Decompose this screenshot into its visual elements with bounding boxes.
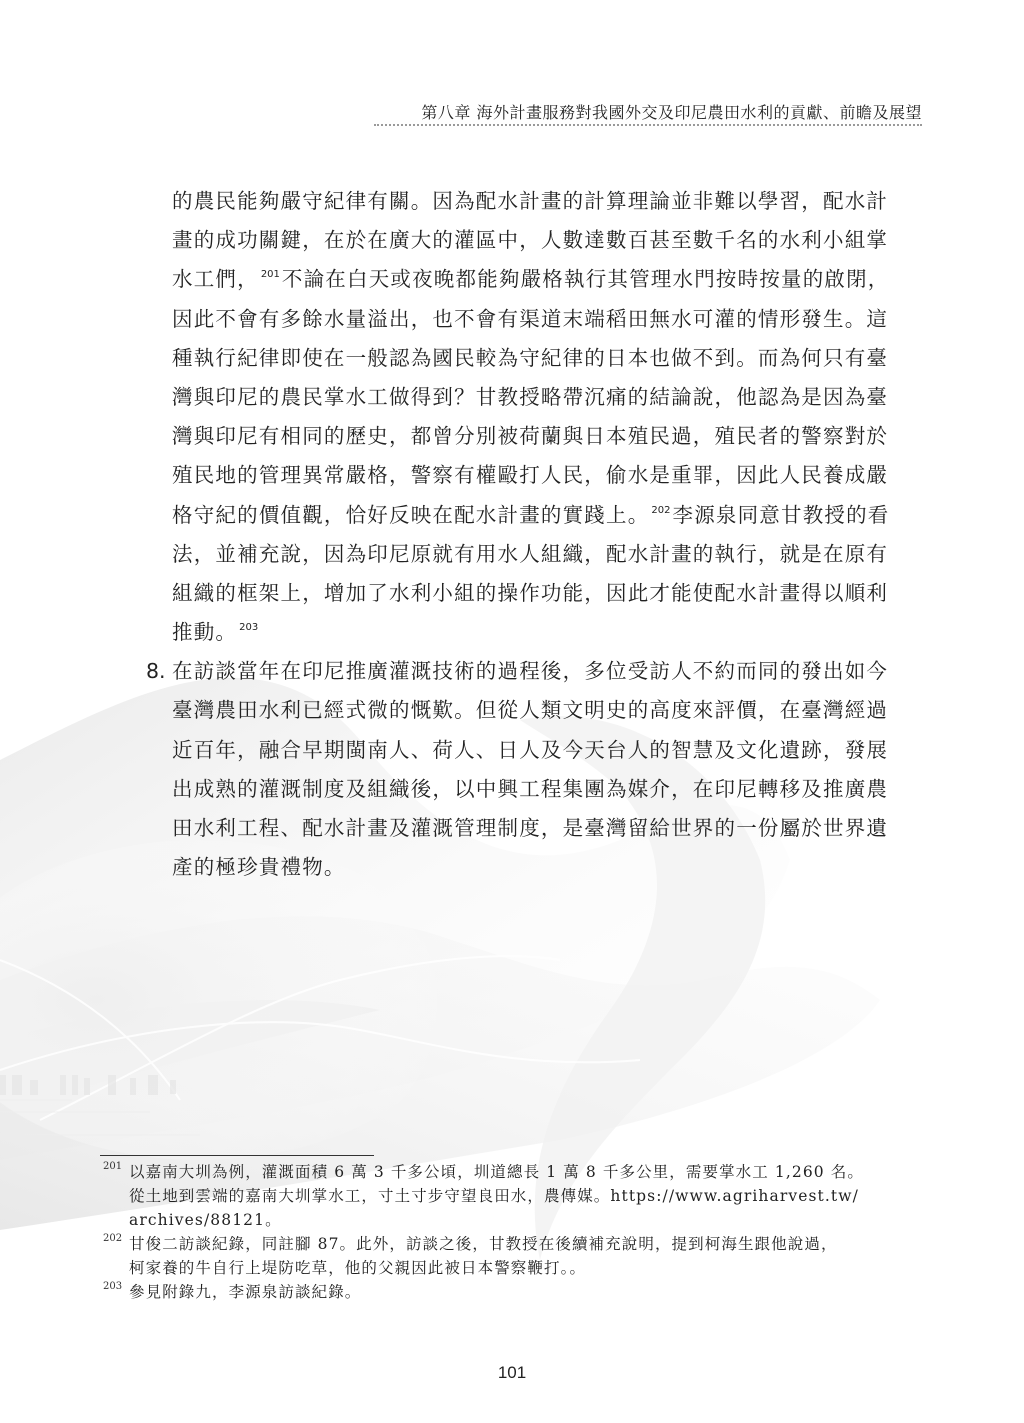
text-line: 產的極珍貴禮物。 [172,848,922,887]
text-line: 在訪談當年在印尼推廣灌溉技術的過程後，多位受訪人不約而同的發出如今 [172,652,922,691]
text-line: 田水利工程、配水計畫及灌溉管理制度，是臺灣留給世界的一份屬於世界遺 [172,809,922,848]
list-item-8: 8. 在訪談當年在印尼推廣灌溉技術的過程後，多位受訪人不約而同的發出如今 臺灣農… [172,652,922,887]
footnote-line: 以嘉南大圳為例，灌溉面積 6 萬 3 千多公頃，圳道總長 1 萬 8 千多公里，… [129,1160,930,1184]
text-line: 畫的成功關鍵，在於在廣大的灌區中，人數達數百甚至數千名的水利小組掌 [172,221,922,260]
list-item-number: 8. [146,652,166,691]
footnote-number: 201 [103,1155,122,1179]
footnote-ref-203[interactable]: 203 [239,622,258,633]
text-line: 格守紀的價值觀，恰好反映在配水計畫的實踐上。202李源泉同意甘教授的看 [172,496,922,535]
running-header-chapter-title: 第八章 海外計畫服務對我國外交及印尼農田水利的貢獻、前瞻及展望 [374,100,922,123]
footnote-line: 甘俊二訪談紀錄，同註腳 87。此外，訪談之後，甘教授在後續補充說明，提到柯海生跟… [129,1232,930,1256]
text-line: 臺灣農田水利已經式微的慨歎。但從人類文明史的高度來評價，在臺灣經過 [172,691,922,730]
text-line: 殖民地的管理異常嚴格，警察有權毆打人民，偷水是重罪，因此人民養成嚴 [172,456,922,495]
text-line: 灣與印尼有相同的歷史，都曾分別被荷蘭與日本殖民過，殖民者的警察對於 [172,417,922,456]
text-line: 近百年，融合早期閩南人、荷人、日人及今天台人的智慧及文化遺跡，發展 [172,731,922,770]
footnote-line: 參見附錄九，李源泉訪談紀錄。 [129,1280,930,1304]
page-number: 101 [0,1363,1024,1383]
header-dotted-rule [374,124,922,126]
text-line: 灣與印尼的農民掌水工做得到？甘教授略帶沉痛的結論說，他認為是因為臺 [172,378,922,417]
text-line: 的農民能夠嚴守紀律有關。因為配水計畫的計算理論並非難以學習，配水計 [172,182,922,221]
paragraph-continuation: 的農民能夠嚴守紀律有關。因為配水計畫的計算理論並非難以學習，配水計 畫的成功關鍵… [172,182,922,652]
footnotes-section: 201 以嘉南大圳為例，灌溉面積 6 萬 3 千多公頃，圳道總長 1 萬 8 千… [100,1160,930,1304]
text-line: 種執行紀律即使在一般認為國民較為守紀律的日本也做不到。而為何只有臺 [172,339,922,378]
footnote-202: 202 甘俊二訪談紀錄，同註腳 87。此外，訪談之後，甘教授在後續補充說明，提到… [100,1232,930,1280]
text-line: 法，並補充說，因為印尼原就有用水人組織，配水計畫的執行，就是在原有 [172,535,922,574]
footnote-ref-202[interactable]: 202 [651,505,670,516]
text-line: 組織的框架上，增加了水利小組的操作功能，因此才能使配水計畫得以順利 [172,574,922,613]
text-line: 推動。203 [172,613,922,652]
footnote-number: 203 [103,1275,122,1299]
footnote-line-with-link[interactable]: 從土地到雲端的嘉南大圳掌水工，寸土寸步守望良田水，農傳媒。https://www… [129,1184,930,1208]
footnote-ref-201[interactable]: 201 [261,269,280,280]
footnote-line: 柯家養的牛自行上堤防吃草，他的父親因此被日本警察鞭打。。 [129,1256,930,1280]
footnote-number: 202 [103,1227,122,1251]
text-line: 因此不會有多餘水量溢出，也不會有渠道末端稻田無水可灌的情形發生。這 [172,300,922,339]
text-line: 出成熟的灌溉制度及組織後，以中興工程集團為媒介，在印尼轉移及推廣農 [172,770,922,809]
footnote-line-with-link[interactable]: archives/88121。 [129,1208,930,1232]
footnote-203: 203 參見附錄九，李源泉訪談紀錄。 [100,1280,930,1304]
footnote-201: 201 以嘉南大圳為例，灌溉面積 6 萬 3 千多公頃，圳道總長 1 萬 8 千… [100,1160,930,1232]
main-body-text: 的農民能夠嚴守紀律有關。因為配水計畫的計算理論並非難以學習，配水計 畫的成功關鍵… [172,182,922,887]
text-line: 水工們，201不論在白天或夜晚都能夠嚴格執行其管理水門按時按量的啟閉， [172,260,922,299]
footnote-separator-rule [100,1155,374,1156]
